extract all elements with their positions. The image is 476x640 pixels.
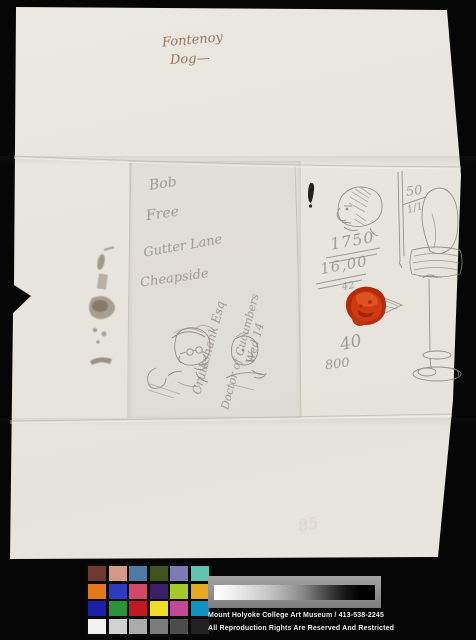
color-patch bbox=[129, 584, 147, 599]
color-patch bbox=[109, 566, 127, 581]
grayscale-bar bbox=[208, 576, 381, 608]
color-patch bbox=[88, 619, 106, 634]
color-patch bbox=[170, 584, 188, 599]
artwork-photo: Fontenoy Dog— Bob Free Gutter Lane Cheap… bbox=[0, 0, 476, 640]
color-patch bbox=[88, 601, 106, 616]
color-patch bbox=[129, 619, 147, 634]
color-patch bbox=[170, 601, 188, 616]
color-patch bbox=[88, 566, 106, 581]
color-patch bbox=[109, 584, 127, 599]
color-patch bbox=[191, 619, 209, 634]
credit-line-2: All Reproduction Rights Are Reserved And… bbox=[208, 625, 394, 632]
color-patch bbox=[150, 601, 168, 616]
color-patch bbox=[150, 584, 168, 599]
color-patch bbox=[129, 566, 147, 581]
color-patch bbox=[170, 566, 188, 581]
color-patch bbox=[191, 601, 209, 616]
color-patch bbox=[88, 584, 106, 599]
color-patch bbox=[150, 566, 168, 581]
color-patch bbox=[150, 619, 168, 634]
letter-paper bbox=[0, 0, 476, 640]
credit-line-1: Mount Holyoke College Art Museum / 413-5… bbox=[208, 612, 384, 619]
color-patch bbox=[191, 584, 209, 599]
grayscale-gradient bbox=[214, 585, 375, 600]
color-patch bbox=[109, 619, 127, 634]
color-patch bbox=[129, 601, 147, 616]
color-patch bbox=[109, 601, 127, 616]
color-patch bbox=[170, 619, 188, 634]
color-checker bbox=[85, 563, 212, 637]
color-patch bbox=[191, 566, 209, 581]
